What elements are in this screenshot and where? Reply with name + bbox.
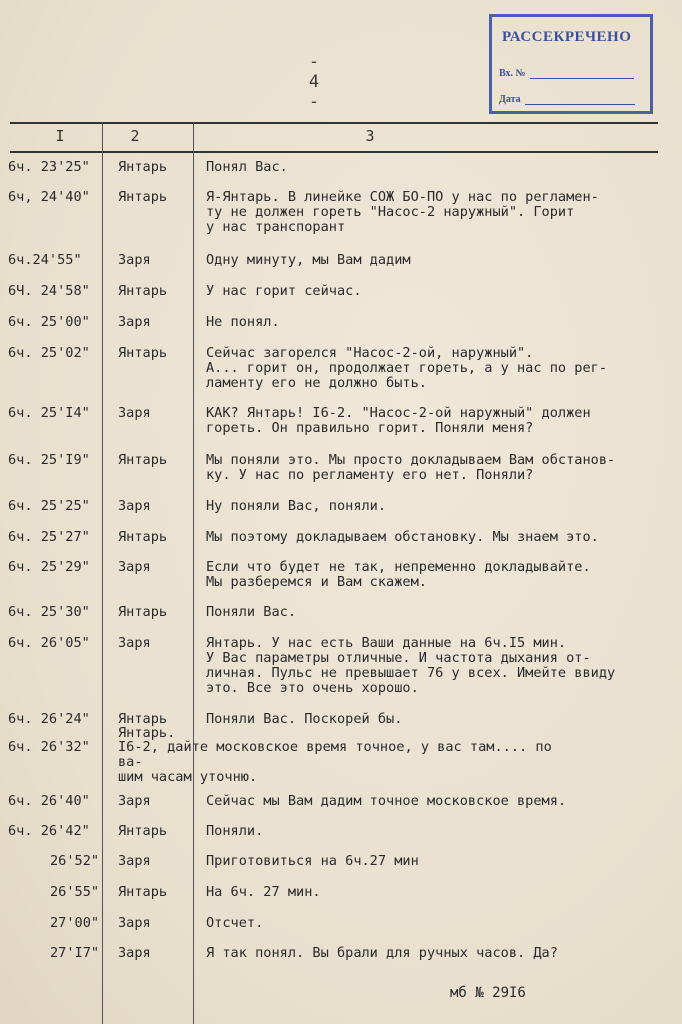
page-number: - 4 -: [278, 52, 378, 112]
row-speaker: Заря: [118, 253, 198, 268]
row-speaker: Янтарь: [118, 885, 198, 900]
row-speaker: Заря: [118, 636, 198, 651]
row-speaker: Янтарь: [118, 346, 198, 361]
stamp-date: Дата: [499, 93, 635, 105]
stamp-incoming-number: Вх. №: [499, 67, 634, 79]
row-text: Мы поняли это. Мы просто докладываем Вам…: [206, 453, 666, 483]
stamp-incoming-label: Вх. №: [499, 68, 526, 79]
stamp-title: РАССЕКРЕЧЕНО: [502, 29, 631, 46]
row-text: Ну поняли Вас, поняли.: [206, 499, 666, 514]
row-text: КАК? Янтарь! I6-2. "Насос-2-ой наружный"…: [206, 406, 666, 436]
table-top-rule: [10, 122, 658, 124]
row-speaker: Заря: [118, 315, 198, 330]
row-text: Я так понял. Вы брали для ручных часов. …: [206, 946, 666, 961]
row-text: Янтарь. У нас есть Ваши данные на 6ч.I5 …: [206, 636, 666, 696]
row-time: 6ч. 26'32": [8, 740, 104, 755]
row-text: Сейчас мы Вам дадим точное московское вр…: [206, 794, 666, 809]
row-speaker: Заря: [118, 794, 198, 809]
row-time: 6ч. 26'40": [8, 794, 104, 809]
row-time: 6ч. 25'27": [8, 530, 104, 545]
row-text: У нас горит сейчас.: [206, 284, 666, 299]
row-text: Поняли Вас. Поскорей бы.: [206, 712, 666, 727]
row-text: На 6ч. 27 мин.: [206, 885, 666, 900]
row-speaker: Заря: [118, 946, 198, 961]
row-speaker: Янтарь: [118, 605, 198, 620]
table-header-rule: [10, 151, 658, 153]
row-speaker: Янтарь: [118, 190, 198, 205]
row-text: Отсчет.: [206, 916, 666, 931]
row-time: 6ч. 25'00": [8, 315, 104, 330]
column-header-1: I: [40, 127, 80, 145]
row-text: Не понял.: [206, 315, 666, 330]
row-text: Поняли.: [206, 824, 666, 839]
row-text: Понял Вас.: [206, 160, 666, 175]
row-time: 6ч. 25'29": [8, 560, 104, 575]
row-time: 6ч. 26'24": [8, 712, 104, 727]
row-text: Приготовиться на 6ч.27 мин: [206, 854, 666, 869]
declassified-stamp: РАССЕКРЕЧЕНО Вх. № Дата: [489, 14, 653, 114]
row-speaker: Заря: [118, 560, 198, 575]
row-time: 6ч. 25'02": [8, 346, 104, 361]
row-speaker: Янтарь: [118, 453, 198, 468]
column-header-2: 2: [115, 127, 155, 145]
row-time: 6ч. 26'05": [8, 636, 104, 651]
row-time: 6ч. 25'I9": [8, 453, 104, 468]
stamp-date-label: Дата: [499, 94, 521, 105]
row-text: Поняли Вас.: [206, 605, 666, 620]
row-time: 6ч. 23'25": [8, 160, 104, 175]
row-time: 6ч. 25'I4": [8, 406, 104, 421]
row-speaker: Заря: [118, 916, 198, 931]
row-time: 6ч. 25'30": [8, 605, 104, 620]
row-time: 6ч.24'55": [8, 253, 104, 268]
document-reference: мб № 29I6: [450, 985, 526, 1001]
stamp-incoming-blank: [530, 67, 634, 79]
row-speaker: Янтарь: [118, 160, 198, 175]
row-speaker: Янтарь: [118, 824, 198, 839]
row-text: Я-Янтарь. В линейке СОЖ БО-ПО у нас по р…: [206, 190, 666, 235]
row-speaker: Янтарь: [118, 284, 198, 299]
row-time: 6ч. 25'25": [8, 499, 104, 514]
row-text: Если что будет не так, непременно доклад…: [206, 560, 666, 590]
row-time: 6ч. 26'42": [8, 824, 104, 839]
stamp-date-blank: [525, 93, 635, 105]
row-time: 6ч, 24'40": [8, 190, 104, 205]
row-time: 6Ч. 24'58": [8, 284, 104, 299]
column-header-3: 3: [350, 127, 390, 145]
row-text: Одну минуту, мы Вам дадим: [206, 253, 666, 268]
row-text: Мы поэтому докладываем обстановку. Мы зн…: [206, 530, 666, 545]
row-text: Сейчас загорелся "Насос-2-ой, наружный".…: [206, 346, 666, 391]
row-text: I6-2, дайте московское время точное, у в…: [118, 740, 578, 785]
row-speaker: Заря: [118, 406, 198, 421]
row-speaker: Янтарь: [118, 530, 198, 545]
row-speaker: Заря: [118, 854, 198, 869]
row-speaker: Заря: [118, 499, 198, 514]
